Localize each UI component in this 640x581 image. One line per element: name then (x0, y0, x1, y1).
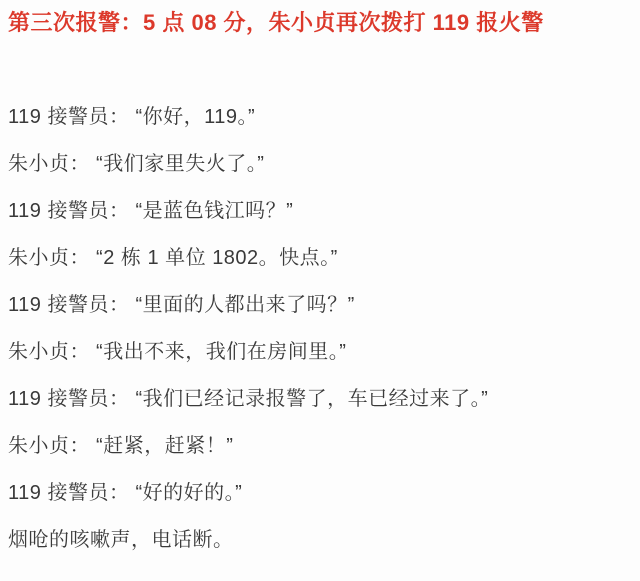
dialogue-line: 119 接警员： “我们已经记录报警了，车已经过来了。” (8, 389, 628, 409)
dialogue-line: 朱小贞： “我出不来，我们在房间里。” (8, 342, 628, 362)
dialogue-line: 朱小贞： “赶紧，赶紧！” (8, 436, 628, 456)
call-transcript: 119 接警员： “你好，119。” 朱小贞： “我们家里失火了。” 119 接… (8, 107, 628, 550)
headline: 第三次报警：5 点 08 分，朱小贞再次拨打 119 报火警 (8, 10, 628, 35)
dialogue-line: 朱小贞： “2 栋 1 单位 1802。快点。” (8, 248, 628, 268)
dialogue-line: 119 接警员： “你好，119。” (8, 107, 628, 127)
dialogue-line: 119 接警员： “好的好的。” (8, 483, 628, 503)
dialogue-line: 119 接警员： “是蓝色钱江吗？” (8, 201, 628, 221)
transcript-page: 第三次报警：5 点 08 分，朱小贞再次拨打 119 报火警 119 接警员： … (0, 0, 640, 581)
narration-line: 烟呛的咳嗽声，电话断。 (8, 530, 628, 550)
dialogue-line: 119 接警员： “里面的人都出来了吗？” (8, 295, 628, 315)
dialogue-line: 朱小贞： “我们家里失火了。” (8, 154, 628, 174)
